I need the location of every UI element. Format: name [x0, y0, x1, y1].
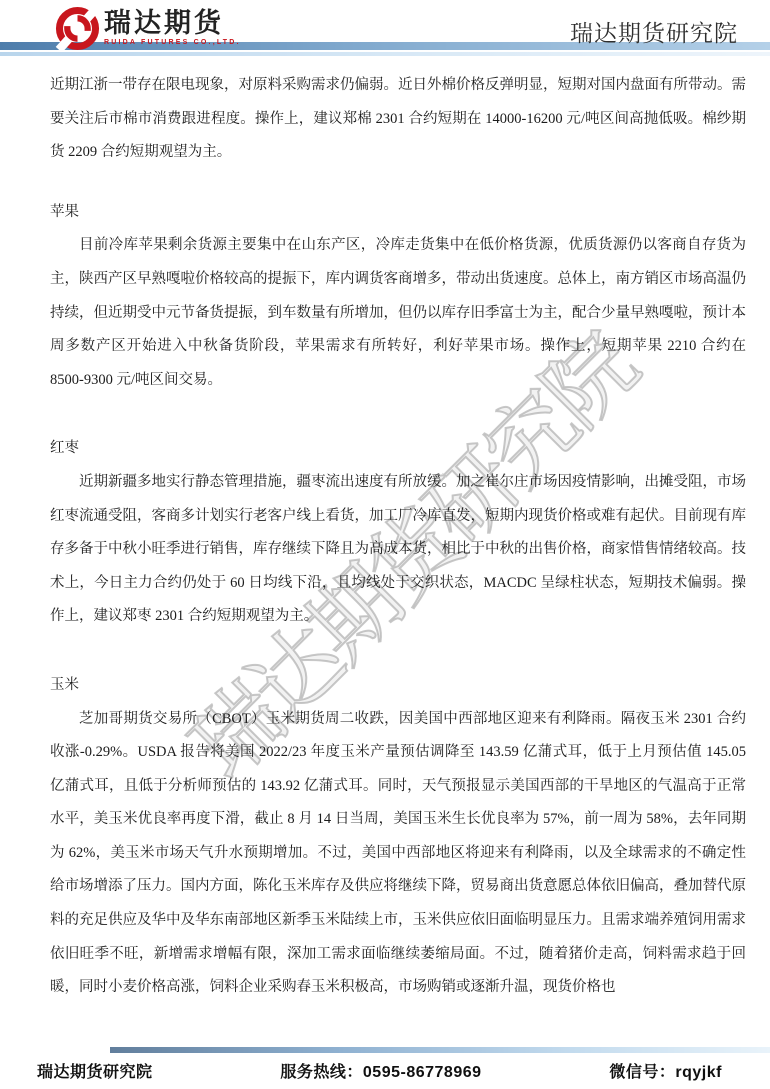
footer-wechat-value: rqyjkf: [675, 1064, 722, 1081]
footer-hotline-label: 服务热线：: [280, 1064, 363, 1081]
footer-hotline: 服务热线：0595-86778969: [280, 1059, 481, 1082]
section-heading-apple: 苹果: [50, 196, 746, 230]
paragraph-jujube: 近期新疆多地实行静态管理措施，疆枣流出速度有所放缓。加之崔尔庄市场因疫情影响，出…: [50, 466, 746, 634]
report-page: 瑞达期货 RUIDA FUTURES CO.,LTD. 瑞达期货研究院 瑞达期货…: [0, 0, 770, 1089]
brand-text: 瑞达期货 RUIDA FUTURES CO.,LTD.: [104, 5, 241, 46]
section-heading-corn: 玉米: [50, 669, 746, 703]
page-footer: 瑞达期货研究院 服务热线：0595-86778969 微信号：rqyjkf: [37, 1059, 722, 1082]
brand-logo: 瑞达期货 RUIDA FUTURES CO.,LTD.: [54, 5, 241, 52]
header-divider-secondary: [0, 52, 770, 56]
footer-divider: [110, 1047, 770, 1053]
footer-wechat-label: 微信号：: [609, 1064, 675, 1081]
ruida-logo-icon: [54, 5, 101, 52]
brand-name: 瑞达期货: [104, 8, 241, 38]
paragraph-apple: 目前冷库苹果剩余货源主要集中在山东产区，冷库走货集中在低价格货源，优质货源仍以客…: [50, 229, 746, 397]
document-body: 近期江浙一带存在限电现象，对原料采购需求仍偏弱。近日外棉价格反弹明显，短期对国内…: [50, 69, 746, 1005]
paragraph-cotton: 近期江浙一带存在限电现象，对原料采购需求仍偏弱。近日外棉价格反弹明显，短期对国内…: [50, 69, 746, 170]
footer-institute: 瑞达期货研究院: [37, 1059, 153, 1082]
footer-wechat: 微信号：rqyjkf: [609, 1059, 722, 1082]
paragraph-corn: 芝加哥期货交易所（CBOT）玉米期货周二收跌，因美国中西部地区迎来有利降雨。隔夜…: [50, 703, 746, 1005]
section-heading-jujube: 红枣: [50, 432, 746, 466]
brand-subtitle: RUIDA FUTURES CO.,LTD.: [104, 39, 241, 46]
research-institute-title: 瑞达期货研究院: [570, 15, 738, 48]
footer-hotline-value: 0595-86778969: [363, 1064, 482, 1081]
